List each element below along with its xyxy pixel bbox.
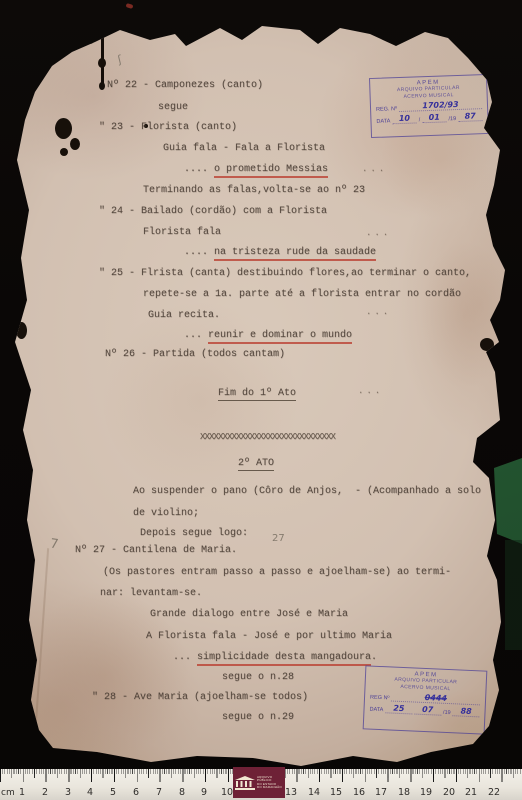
typed-segment: Guia fala - Fala a Florista bbox=[163, 143, 325, 154]
margin-dots: ··· bbox=[366, 229, 391, 241]
archive-logo-text-line: DO MARANHÃO bbox=[257, 786, 282, 789]
paper-crease bbox=[33, 548, 49, 753]
typed-segment: segue o n.28 bbox=[222, 672, 294, 683]
ink-drip bbox=[87, 0, 92, 34]
stamp-year-prefix: /19 bbox=[443, 710, 451, 716]
typed-segment: ··· bbox=[358, 388, 383, 398]
typed-line: " 28 - Ave Maria (ajoelham-se todos) bbox=[92, 692, 308, 704]
ink-spot bbox=[16, 322, 27, 339]
ruler: cm 1234567891013141516171819202122 ARQUI… bbox=[0, 769, 522, 800]
stamp-year-handwritten: 88 bbox=[460, 708, 471, 716]
ink-blob bbox=[70, 138, 80, 150]
archive-stamp-top: APEM ARQUIVO PARTICULAR ACERVO MUSICAL R… bbox=[369, 74, 489, 138]
typed-line: ... simplicidade desta mangadoura. bbox=[173, 652, 377, 664]
typed-segment: nar: levantam-se. bbox=[100, 588, 202, 599]
typed-segment: A Florista fala - José e por ultimo Mari… bbox=[146, 631, 392, 642]
typed-segment: " 24 - Bailado (cordão) com a Florista bbox=[99, 206, 327, 217]
typed-segment: .... bbox=[184, 247, 214, 258]
ruler-unit-label: cm bbox=[1, 788, 15, 798]
typed-segment-u-red: simplicidade desta mangadoura bbox=[197, 652, 371, 666]
typed-segment: " 25 - Flrista (canta) destibuindo flore… bbox=[99, 268, 471, 279]
building-icon bbox=[235, 776, 255, 790]
typed-segment: ... bbox=[184, 330, 208, 341]
typed-line: " 23 - Florista (canto) bbox=[99, 122, 237, 134]
typed-segment: . bbox=[371, 652, 377, 663]
stamp-month-handwritten: 07 bbox=[422, 706, 433, 714]
ruler-number: 1 bbox=[19, 787, 25, 798]
background-speck bbox=[126, 3, 134, 9]
stamp-year-prefix: /19 bbox=[448, 116, 456, 122]
ink-spot bbox=[480, 338, 494, 351]
typed-line: segue bbox=[158, 102, 188, 114]
typed-segment: repete-se a 1a. parte até a florista ent… bbox=[143, 289, 461, 300]
document-paper: Nº 22 - Camponezes (canto)segue" 23 - Fl… bbox=[0, 0, 522, 800]
ruler-number: 4 bbox=[87, 787, 93, 798]
stamp-reg-value-handwritten: 1702/93 bbox=[422, 101, 459, 110]
typed-segment-u-red: reunir e dominar o mundo bbox=[208, 330, 352, 344]
ruler-number: 6 bbox=[133, 787, 139, 798]
typed-line: .... o prometido Messias bbox=[184, 164, 328, 176]
typed-line: " 25 - Flrista (canta) destibuindo flore… bbox=[99, 268, 471, 280]
stamp-reg-value-handwritten-struck: 0444 bbox=[424, 694, 447, 703]
ink-blob bbox=[84, 28, 96, 44]
typed-line: A Florista fala - José e por ultimo Mari… bbox=[146, 631, 392, 643]
ruler-number: 20 bbox=[443, 787, 455, 798]
typed-segment: .... bbox=[184, 164, 214, 175]
typed-line: Nº 22 - Camponezes (canto) bbox=[107, 80, 263, 92]
typed-line: Guia recita. bbox=[148, 310, 220, 322]
stamp-day-handwritten: 10 bbox=[399, 115, 410, 123]
typed-segment: Ao suspender o pano (Côro de Anjos, - (A… bbox=[133, 486, 481, 497]
typed-line: Nº 26 - Partida (todos cantam) bbox=[105, 349, 285, 361]
typed-line: ... reunir e dominar o mundo bbox=[184, 330, 352, 342]
margin-dots: ··· bbox=[358, 387, 383, 399]
ruler-number: 18 bbox=[398, 787, 410, 798]
divider-x-row: XXXXXXXXXXXXXXXXXXXXXXXXXXXXXX bbox=[200, 431, 335, 443]
margin-dots: ··· bbox=[366, 308, 391, 320]
ruler-number: 16 bbox=[353, 787, 365, 798]
typed-line: Florista fala bbox=[143, 227, 221, 239]
typed-segment-u-red: na tristeza rude da saudade bbox=[214, 247, 376, 261]
ruler-number: 2 bbox=[42, 787, 48, 798]
typed-segment-u-ink: 2º ATO bbox=[238, 458, 274, 471]
typed-segment: 7 bbox=[49, 537, 59, 553]
ruler-number: 10 bbox=[221, 787, 233, 798]
pencil-squiggle: ʃ bbox=[117, 54, 123, 67]
stamp-date-label: DATA bbox=[369, 707, 383, 714]
ruler-number: 9 bbox=[201, 787, 207, 798]
stamp-year-handwritten: 87 bbox=[465, 112, 476, 120]
typed-line: Ao suspender o pano (Côro de Anjos, - (A… bbox=[133, 486, 481, 498]
typed-segment: ʃ bbox=[116, 53, 123, 67]
typed-line: nar: levantam-se. bbox=[100, 588, 202, 600]
stamp-month-handwritten: 01 bbox=[429, 114, 440, 122]
typed-segment: Terminando as falas,volta-se ao nº 23 bbox=[143, 185, 365, 196]
typed-segment: (Os pastores entram passo a passo e ajoe… bbox=[103, 567, 451, 578]
ink-drip bbox=[101, 16, 104, 86]
stamp-reg-label: REG. Nº bbox=[376, 106, 397, 113]
typed-segment: Nº 27 - Cantilena de Maria. bbox=[75, 545, 237, 556]
typed-line: Guia fala - Fala a Florista bbox=[163, 143, 325, 155]
ruler-number: 15 bbox=[330, 787, 342, 798]
typed-segment: Nº 22 - Camponezes (canto) bbox=[107, 80, 263, 91]
typed-line: Terminando as falas,volta-se ao nº 23 bbox=[143, 185, 365, 197]
ruler-number: 3 bbox=[65, 787, 71, 798]
typed-line: .... na tristeza rude da saudade bbox=[184, 247, 376, 259]
typed-segment: 27 bbox=[272, 533, 285, 544]
paper-stain bbox=[420, 240, 510, 390]
photo-background: Nº 22 - Camponezes (canto)segue" 23 - Fl… bbox=[0, 0, 522, 800]
typed-segment: ··· bbox=[362, 166, 387, 176]
ruler-number: 7 bbox=[156, 787, 162, 798]
typed-line: Grande dialogo entre José e Maria bbox=[150, 609, 348, 621]
ruler-number: 5 bbox=[110, 787, 116, 798]
typed-segment: segue o n.29 bbox=[222, 712, 294, 723]
archive-logo-block: ARQUIVOPÚBLICODO ESTADODO MARANHÃO bbox=[233, 767, 285, 798]
typed-line: " 24 - Bailado (cordão) com a Florista bbox=[99, 206, 327, 218]
typed-segment: de violino; bbox=[133, 508, 199, 519]
typed-segment-u-ink: Fim do 1º Ato bbox=[218, 388, 296, 401]
typed-line: de violino; bbox=[133, 508, 199, 520]
pencil-mark: 7 bbox=[49, 538, 59, 551]
typed-line: Depois segue logo: bbox=[140, 528, 248, 540]
ink-blob bbox=[98, 58, 106, 68]
stamp-day-handwritten: 25 bbox=[393, 705, 404, 713]
typed-line: Nº 27 - Cantilena de Maria. bbox=[75, 545, 237, 557]
archive-stamp-bottom: APEM ARQUIVO PARTICULAR ACERVO MUSICAL R… bbox=[363, 665, 488, 734]
pencil-annotation-27: 27 bbox=[272, 533, 285, 545]
act1-end-title: Fim do 1º Ato bbox=[218, 388, 296, 400]
typed-segment: Grande dialogo entre José e Maria bbox=[150, 609, 348, 620]
ink-blob bbox=[60, 148, 68, 156]
stamp-date-label: DATA bbox=[376, 118, 390, 124]
ruler-number: 17 bbox=[375, 787, 387, 798]
typed-segment-u-red: o prometido Messias bbox=[214, 164, 328, 178]
margin-dots: ··· bbox=[362, 165, 387, 177]
typed-segment: ... bbox=[173, 652, 197, 663]
ruler-number: 8 bbox=[179, 787, 185, 798]
act2-title: 2º ATO bbox=[238, 458, 274, 470]
typed-segment: Florista fala bbox=[143, 227, 221, 238]
ruler-number: 14 bbox=[308, 787, 320, 798]
ruler-number: 13 bbox=[285, 787, 297, 798]
ruler-number: 19 bbox=[420, 787, 432, 798]
typed-line: segue o n.28 bbox=[222, 672, 294, 684]
ruler-number: 21 bbox=[465, 787, 477, 798]
typed-line: segue o n.29 bbox=[222, 712, 294, 724]
typed-segment: " 23 - Florista (canto) bbox=[99, 122, 237, 133]
typed-segment: XXXXXXXXXXXXXXXXXXXXXXXXXXXXXX bbox=[200, 432, 335, 442]
ink-blob bbox=[99, 82, 105, 90]
typed-line: repete-se a 1a. parte até a florista ent… bbox=[143, 289, 461, 301]
typed-segment: ··· bbox=[366, 309, 391, 319]
typed-segment: " 28 - Ave Maria (ajoelham-se todos) bbox=[92, 692, 308, 703]
ink-blob bbox=[55, 118, 72, 139]
typed-segment: segue bbox=[158, 102, 188, 113]
typed-segment: Nº 26 - Partida (todos cantam) bbox=[105, 349, 285, 360]
typed-segment: Depois segue logo: bbox=[140, 528, 248, 539]
typed-segment: ··· bbox=[366, 230, 391, 240]
typed-segment: Guia recita. bbox=[148, 310, 220, 321]
archive-logo-text: ARQUIVOPÚBLICODO ESTADODO MARANHÃO bbox=[257, 776, 282, 790]
stamp-reg-label: REG Nº bbox=[370, 695, 390, 702]
typed-line: (Os pastores entram passo a passo e ajoe… bbox=[103, 567, 451, 579]
green-object-shadow bbox=[505, 540, 522, 650]
ruler-number: 22 bbox=[488, 787, 500, 798]
stamp-date-separator: / bbox=[419, 117, 421, 123]
